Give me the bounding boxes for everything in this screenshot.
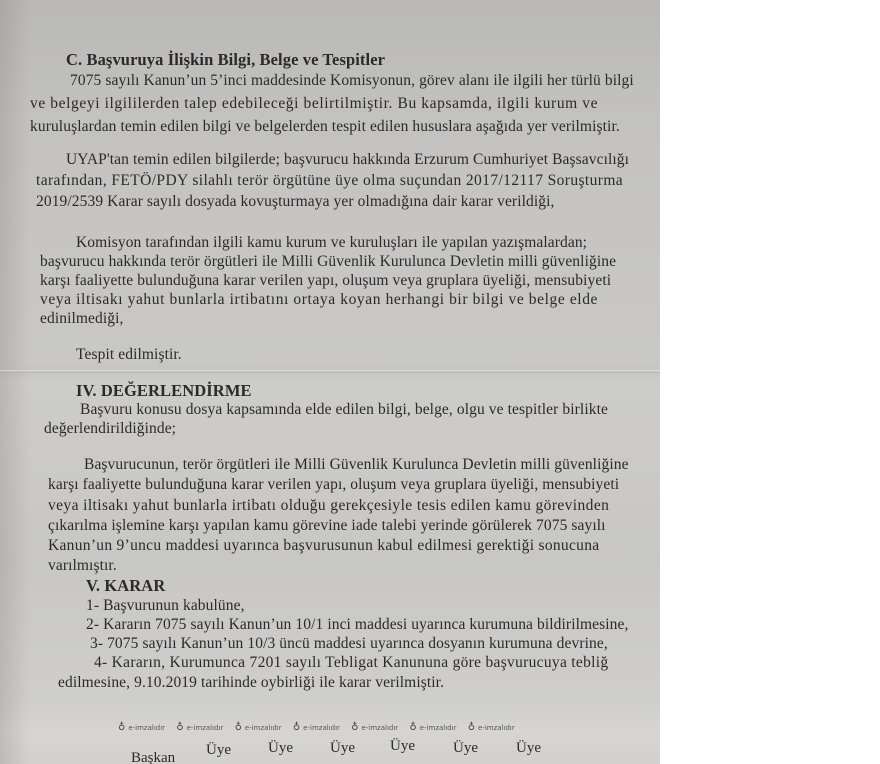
section-iv-para2-line3: veya iltisakı yahut bunlarla irtibatı ol… — [48, 496, 609, 516]
seal-icon: ♁ — [176, 722, 183, 733]
decision-item-2: 2- Kararın 7075 sayılı Kanun’un 10/1 inc… — [86, 615, 629, 635]
signature-role-member: Üye — [453, 740, 478, 757]
seal-icon: ♁ — [235, 722, 242, 733]
seal-icon: ♁ — [118, 722, 125, 733]
signature-role-member: Üye — [390, 738, 415, 755]
e-signature-stamp: ♁e-imzalıdır — [468, 722, 515, 733]
section-iv-para1-line2: değerlendirildiğinde; — [44, 419, 176, 439]
section-iv-para1-line1: Başvuru konusu dosya kapsamında elde edi… — [80, 400, 608, 420]
section-iv-title: IV. DEĞERLENDİRME — [76, 381, 252, 401]
e-signature-stamp: ♁e-imzalıdır — [409, 722, 456, 733]
e-signature-stamp: ♁e-imzalıdır — [118, 722, 165, 733]
section-c-para2-line3: 2019/2539 Karar sayılı dosyada kovuşturm… — [36, 192, 555, 212]
section-iv-para2-line5: Kanun’un 9’uncu maddesi uyarınca başvuru… — [48, 536, 599, 556]
seal-icon: ♁ — [351, 722, 358, 733]
section-iv-para2-line1: Başvurucunun, terör örgütleri ile Milli … — [84, 455, 629, 475]
signature-role-chair: Başkan — [131, 750, 175, 764]
section-c-para1-line1: 7075 sayılı Kanun’un 5’inci maddesinde K… — [70, 71, 634, 91]
e-signature-stamp: ♁e-imzalıdır — [176, 722, 223, 733]
signature-roles: Başkan Üye Üye Üye Üye Üye Üye — [0, 738, 660, 764]
section-c-para3-line1: Komisyon tarafından ilgili kamu kurum ve… — [76, 233, 587, 253]
section-c-para3-line3: karşı faaliyette bulunduğuna karar veril… — [40, 271, 611, 291]
section-v-title: V. KARAR — [86, 576, 165, 596]
decision-item-4-continuation: edilmesine, 9.10.2019 tarihinde oybirliğ… — [58, 673, 444, 693]
signature-role-member: Üye — [516, 740, 541, 757]
section-c-para2-line1: UYAP'tan temin edilen bilgilerde; başvur… — [66, 150, 629, 170]
section-iv-para2-line6: varılmıştır. — [48, 556, 117, 576]
seal-icon: ♁ — [293, 722, 300, 733]
e-signature-stamp: ♁e-imzalıdır — [293, 722, 340, 733]
signature-role-member: Üye — [330, 740, 355, 757]
signature-role-member: Üye — [268, 740, 293, 757]
section-iv-para2-line2: karşı faaliyette bulunduğuna karar veril… — [48, 475, 619, 495]
section-c-para2-line2: tarafından, FETÖ/PDY silahlı terör örgüt… — [36, 171, 623, 191]
section-c-para1-line3: kuruluşlardan temin edilen bilgi ve belg… — [30, 117, 620, 137]
decision-item-4: 4- Kararın, Kurumunca 7201 sayılı Teblig… — [94, 653, 608, 673]
document-photo: C. Başvuruya İlişkin Bilgi, Belge ve Tes… — [0, 0, 660, 764]
section-iv-para2-line4: çıkarılma işlemine karşı yapılan kamu gö… — [48, 516, 606, 536]
decision-item-3: 3- 7075 sayılı Kanun’un 10/3 üncü maddes… — [90, 634, 608, 654]
e-signature-stamp: ♁e-imzalıdır — [351, 722, 398, 733]
section-c-closing: Tespit edilmiştir. — [76, 345, 182, 365]
decision-item-1: 1- Başvurunun kabulüne, — [86, 596, 245, 616]
seal-icon: ♁ — [409, 722, 416, 733]
seal-icon: ♁ — [468, 722, 475, 733]
section-c-para3-line4: veya iltisakı yahut bunlarla irtibatını … — [40, 290, 598, 310]
signature-role-member: Üye — [206, 742, 231, 759]
section-c-para3-line2: başvurucu hakkında terör örgütleri ile M… — [40, 252, 616, 272]
section-c-title: C. Başvuruya İlişkin Bilgi, Belge ve Tes… — [66, 50, 385, 70]
e-signature-stamp: ♁e-imzalıdır — [235, 722, 282, 733]
section-c-para3-line5: edinilmediği, — [40, 309, 124, 329]
section-c-para1-line2: ve belgeyi ilgililerden talep edebileceğ… — [30, 94, 598, 114]
e-signature-strip: ♁e-imzalıdır ♁e-imzalıdır ♁e-imzalıdır ♁… — [118, 722, 524, 733]
